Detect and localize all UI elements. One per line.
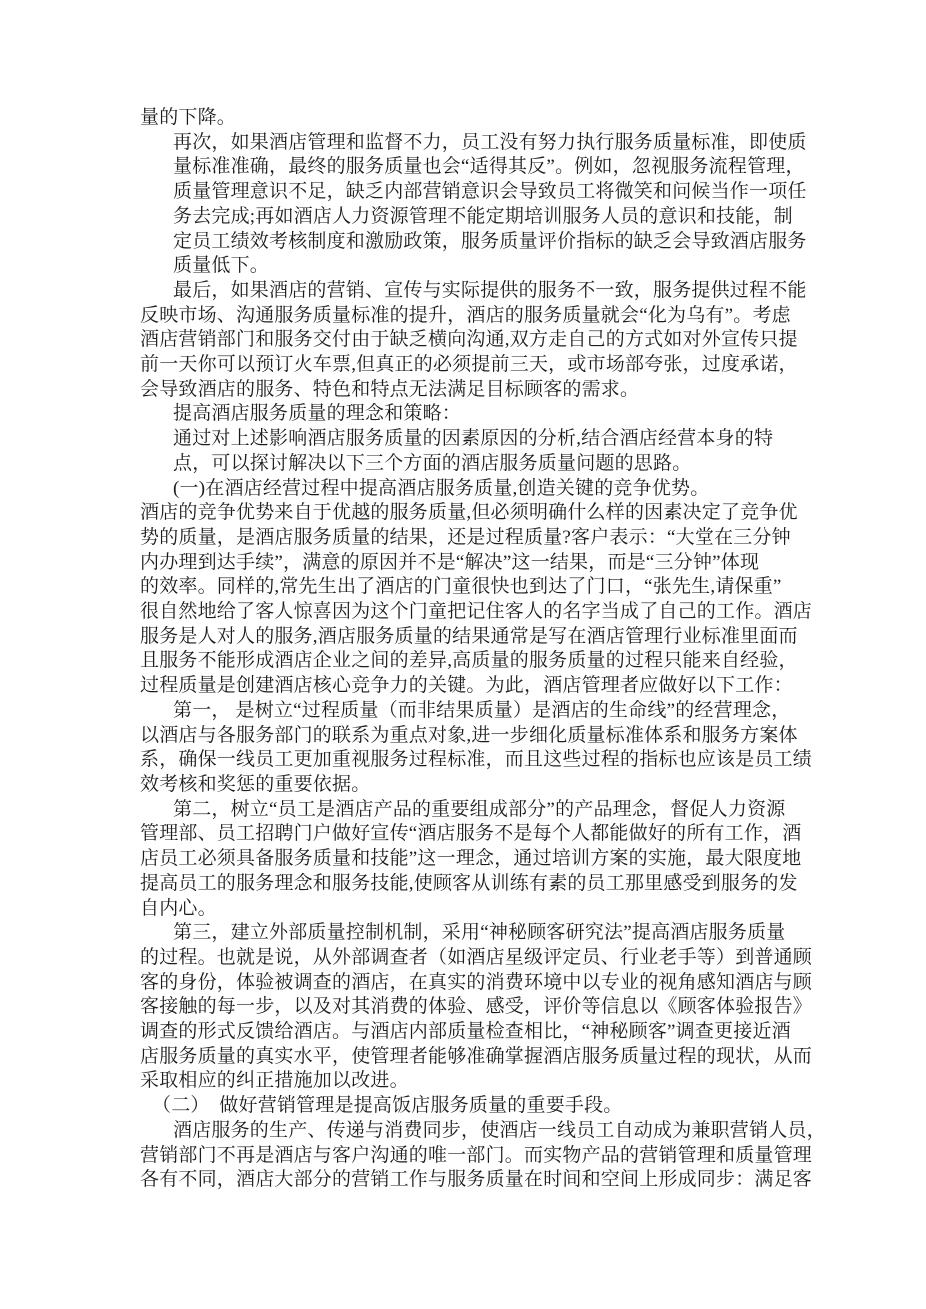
text-line: 势的质量，是酒店服务质量的结果，还是过程质量?客户表示：“大堂在三分钟 <box>140 526 812 551</box>
text-line: 提高酒店服务质量的理念和策略： <box>140 402 812 427</box>
text-line: 服务是人对人的服务,酒店服务质量的结果通常是写在酒店管理行业标准里面而 <box>140 625 812 650</box>
text-line: 酒店的竞争优势来自于优越的服务质量,但必须明确什么样的因素决定了竞争优 <box>140 501 812 526</box>
text-line: 会导致酒店的服务、特色和特点无法满足目标顾客的需求。 <box>140 378 812 403</box>
text-line: 各有不同，酒店大部分的营销工作与服务质量在时间和空间上形成同步：满足客 <box>140 1168 812 1193</box>
text-line: 店员工必须具备服务质量和技能”这一理念，通过培训方案的实施，最大限度地 <box>140 847 812 872</box>
text-line: 第三，建立外部质量控制机制，采用“神秘顾客研究法”提高酒店服务质量 <box>140 921 812 946</box>
text-line: 调查的形式反馈给酒店。与酒店内部质量检查相比，“神秘顾客”调查更接近酒 <box>140 1020 812 1045</box>
text-line: 定员工绩效考核制度和激励政策，服务质量评价指标的缺乏会导致酒店服务 <box>140 230 812 255</box>
text-line: 量标准准确，最终的服务质量也会“适得其反”。例如，忽视服务流程管理， <box>140 155 812 180</box>
text-line: 务去完成;再如酒店人力资源管理不能定期培训服务人员的意识和技能，制 <box>140 205 812 230</box>
text-line: 客的身份，体验被调查的酒店，在真实的消费环境中以专业的视角感知酒店与顾 <box>140 971 812 996</box>
text-line: 系，确保一线员工更加重视服务过程标准，而且这些过程的指标也应该是员工绩 <box>140 748 812 773</box>
text-line: 酒店营销部门和服务交付由于缺乏横向沟通,双方走自己的方式如对外宣传只提 <box>140 328 812 353</box>
text-line: 自内心。 <box>140 897 812 922</box>
text-line: 营销部门不再是酒店与客户沟通的唯一部门。而实物产品的营销管理和质量管理 <box>140 1144 812 1169</box>
text-line: 效考核和奖惩的重要依据。 <box>140 773 812 798</box>
text-line: 的过程。也就是说，从外部调查者（如酒店星级评定员、行业老手等）到普通顾 <box>140 946 812 971</box>
text-line: 第二，树立“员工是酒店产品的重要组成部分”的产品理念，督促人力资源 <box>140 798 812 823</box>
text-line: 酒店服务的生产、传递与消费同步，使酒店一线员工自动成为兼职营销人员， <box>140 1119 812 1144</box>
text-line: 质量低下。 <box>140 254 812 279</box>
text-line: 量的下降。 <box>140 106 812 131</box>
text-line: 以酒店与各服务部门的联系为重点对象,进一步细化质量标准体系和服务方案体 <box>140 724 812 749</box>
text-line: 内办理到达手续”，满意的原因并不是“解决”这一结果，而是“三分钟”体现 <box>140 551 812 576</box>
text-line: （二） 做好营销管理是提高饭店服务质量的重要手段。 <box>140 1094 812 1119</box>
document-text: 量的下降。再次，如果酒店管理和监督不力，员工没有努力执行服务质量标准，即使质量标… <box>140 106 812 1193</box>
text-line: 反映市场、沟通服务质量标准的提升，酒店的服务质量就会“化为乌有”。考虑 <box>140 304 812 329</box>
text-line: 店服务质量的真实水平，使管理者能够准确掌握酒店服务质量过程的现状，从而 <box>140 1045 812 1070</box>
text-line: 最后，如果酒店的营销、宣传与实际提供的服务不一致，服务提供过程不能 <box>140 279 812 304</box>
text-line: 点，可以探讨解决以下三个方面的酒店服务质量问题的思路。 <box>140 452 812 477</box>
text-line: 再次，如果酒店管理和监督不力，员工没有努力执行服务质量标准，即使质 <box>140 131 812 156</box>
text-line: 很自然地给了客人惊喜因为这个门童把记住客人的名字当成了自己的工作。酒店 <box>140 600 812 625</box>
document-page: 量的下降。再次，如果酒店管理和监督不力，员工没有努力执行服务质量标准，即使质量标… <box>0 0 926 1309</box>
text-line: 第一， 是树立“过程质量（而非结果质量）是酒店的生命线”的经营理念， <box>140 699 812 724</box>
text-line: 质量管理意识不足，缺乏内部营销意识会导致员工将微笑和问候当作一项任 <box>140 180 812 205</box>
text-line: 采取相应的纠正措施加以改进。 <box>140 1069 812 1094</box>
text-line: (一)在酒店经营过程中提高酒店服务质量,创造关键的竞争优势。 <box>140 477 812 502</box>
text-line: 前一天你可以预订火车票,但真正的必须提前三天，或市场部夸张，过度承诺， <box>140 353 812 378</box>
text-line: 管理部、员工招聘门户做好宣传“酒店服务不是每个人都能做好的所有工作，酒 <box>140 822 812 847</box>
text-line: 的效率。同样的,常先生出了酒店的门童很快也到达了门口，“张先生,请保重” <box>140 575 812 600</box>
text-line: 客接触的每一步，以及对其消费的体验、感受，评价等信息以《顾客体验报告》 <box>140 995 812 1020</box>
text-line: 提高员工的服务理念和服务技能,使顾客从训练有素的员工那里感受到服务的发 <box>140 872 812 897</box>
text-line: 且服务不能形成酒店企业之间的差异,高质量的服务质量的过程只能来自经验， <box>140 649 812 674</box>
text-line: 过程质量是创建酒店核心竞争力的关键。为此，酒店管理者应做好以下工作： <box>140 674 812 699</box>
text-line: 通过对上述影响酒店服务质量的因素原因的分析,结合酒店经营本身的特 <box>140 427 812 452</box>
